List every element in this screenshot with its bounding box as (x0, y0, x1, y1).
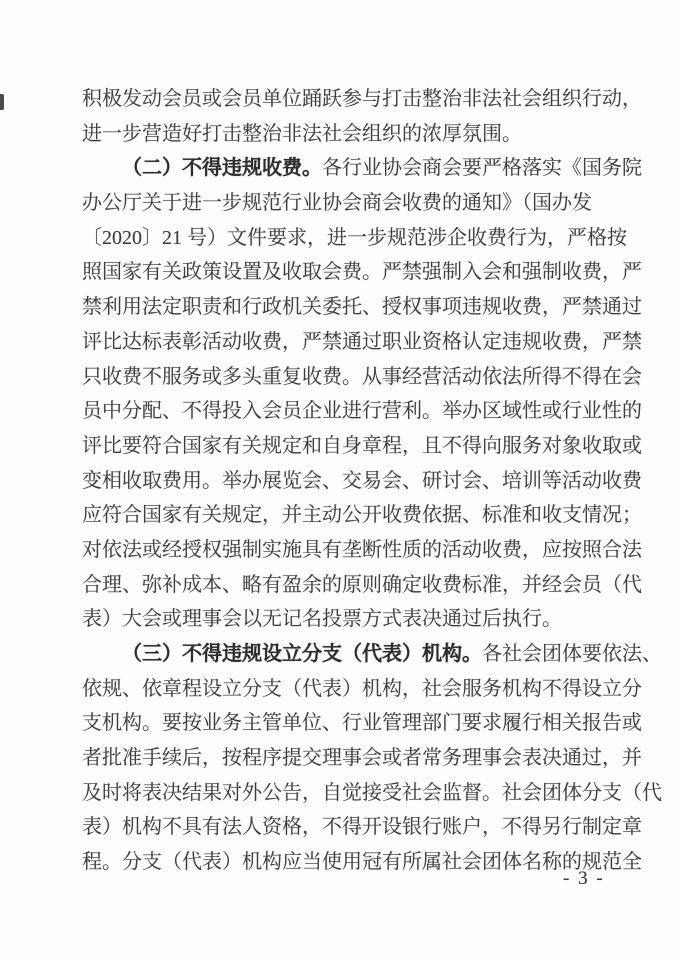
line-text: 照国家有关政策设置及收取会费。严禁强制入会和强制收费，严 (82, 261, 642, 283)
text-line: 〔2020〕21 号）文件要求，进一步规范涉企收费行为，严格按 (82, 221, 604, 256)
line-text: 者批准手续后，按程序提交理事会或者常务理事会表决通过，并 (82, 747, 642, 769)
text-line: 变相收取费用。举办展览会、交易会、研讨会、培训等活动收费 (82, 464, 604, 499)
line-text: 及时将表决结果对外公告，自觉接受社会监督。社会团体分支（代 (82, 782, 662, 804)
text-line: 及时将表决结果对外公告，自觉接受社会监督。社会团体分支（代 (82, 776, 604, 811)
paragraph-heading: （三）不得违规设立分支（代表）机构。 (122, 643, 482, 665)
line-text: 员中分配、不得投入会员企业进行营利。举办区域性或行业性的 (82, 400, 642, 422)
scan-edge-artifact (0, 94, 4, 110)
text-line: 只收费不服务或多头重复收费。从事经营活动依法所得不得在会 (82, 360, 604, 395)
line-text: 办公厅关于进一步规范行业协会商会收费的通知》（国办发 (82, 192, 592, 214)
line-text: 表）大会或理事会以无记名投票方式表决通过后执行。 (82, 608, 562, 630)
line-text: 变相收取费用。举办展览会、交易会、研讨会、培训等活动收费 (82, 470, 642, 492)
text-line: 支机构。要按业务主管单位、行业管理部门要求履行相关报告或 (82, 706, 604, 741)
text-line: 照国家有关政策设置及收取会费。严禁强制入会和强制收费，严 (82, 255, 604, 290)
document-page: 积极发动会员或会员单位踊跃参与打击整治非法社会组织行动，进一步营造好打击整治非法… (0, 0, 680, 960)
text-line: 积极发动会员或会员单位踊跃参与打击整治非法社会组织行动， (82, 82, 604, 117)
line-text: 各社会团体要依法、 (482, 643, 662, 665)
line-text: 进一步营造好打击整治非法社会组织的浓厚氛围。 (82, 123, 522, 145)
line-text: 对依法或经授权强制实施具有垄断性质的活动收费，应按照合法 (82, 539, 642, 561)
line-text: 合理、弥补成本、略有盈余的原则确定收费标准，并经会员（代 (82, 574, 642, 596)
text-line: 对依法或经授权强制实施具有垄断性质的活动收费，应按照合法 (82, 533, 604, 568)
line-text: 积极发动会员或会员单位踊跃参与打击整治非法社会组织行动， (82, 88, 642, 110)
text-line: 表）大会或理事会以无记名投票方式表决通过后执行。 (82, 602, 604, 637)
line-text: 程。分支（代表）机构应当使用冠有所属社会团体名称的规范全 (82, 851, 642, 873)
text-line: 依规、依章程设立分支（代表）机构，社会服务机构不得设立分 (82, 672, 604, 707)
text-line: 禁利用法定职责和行政机关委托、授权事项违规收费，严禁通过 (82, 290, 604, 325)
line-text: 应符合国家有关规定，并主动公开收费依据、标准和收支情况； (82, 504, 642, 526)
text-line: 评比达标表彰活动收费，严禁通过职业资格认定违规收费，严禁 (82, 325, 604, 360)
line-text: 支机构。要按业务主管单位、行业管理部门要求履行相关报告或 (82, 712, 642, 734)
line-text: 各行业协会商会要严格落实《国务院 (322, 157, 642, 179)
text-line: 应符合国家有关规定，并主动公开收费依据、标准和收支情况； (82, 498, 604, 533)
text-line: 进一步营造好打击整治非法社会组织的浓厚氛围。 (82, 117, 604, 152)
text-line: （二）不得违规收费。各行业协会商会要严格落实《国务院 (82, 151, 604, 186)
line-text: 禁利用法定职责和行政机关委托、授权事项违规收费，严禁通过 (82, 296, 642, 318)
text-line: 评比要符合国家有关规定和自身章程，且不得向服务对象收取或 (82, 429, 604, 464)
line-text: 〔2020〕21 号）文件要求，进一步规范涉企收费行为，严格按 (82, 227, 627, 249)
text-line: 合理、弥补成本、略有盈余的原则确定收费标准，并经会员（代 (82, 568, 604, 603)
paragraph-heading: （二）不得违规收费。 (122, 157, 322, 179)
line-text: 表）机构不具有法人资格，不得开设银行账户，不得另行制定章 (82, 816, 642, 838)
text-line: （三）不得违规设立分支（代表）机构。各社会团体要依法、 (82, 637, 604, 672)
line-text: 只收费不服务或多头重复收费。从事经营活动依法所得不得在会 (82, 366, 642, 388)
line-text: 评比要符合国家有关规定和自身章程，且不得向服务对象收取或 (82, 435, 642, 457)
page-number: - 3 - (563, 868, 605, 890)
line-text: 评比达标表彰活动收费，严禁通过职业资格认定违规收费，严禁 (82, 331, 642, 353)
document-body-text: 积极发动会员或会员单位踊跃参与打击整治非法社会组织行动，进一步营造好打击整治非法… (82, 82, 604, 880)
text-line: 表）机构不具有法人资格，不得开设银行账户，不得另行制定章 (82, 810, 604, 845)
line-text: 依规、依章程设立分支（代表）机构，社会服务机构不得设立分 (82, 678, 642, 700)
text-line: 程。分支（代表）机构应当使用冠有所属社会团体名称的规范全 (82, 845, 604, 880)
text-line: 者批准手续后，按程序提交理事会或者常务理事会表决通过，并 (82, 741, 604, 776)
text-line: 员中分配、不得投入会员企业进行营利。举办区域性或行业性的 (82, 394, 604, 429)
text-line: 办公厅关于进一步规范行业协会商会收费的通知》（国办发 (82, 186, 604, 221)
